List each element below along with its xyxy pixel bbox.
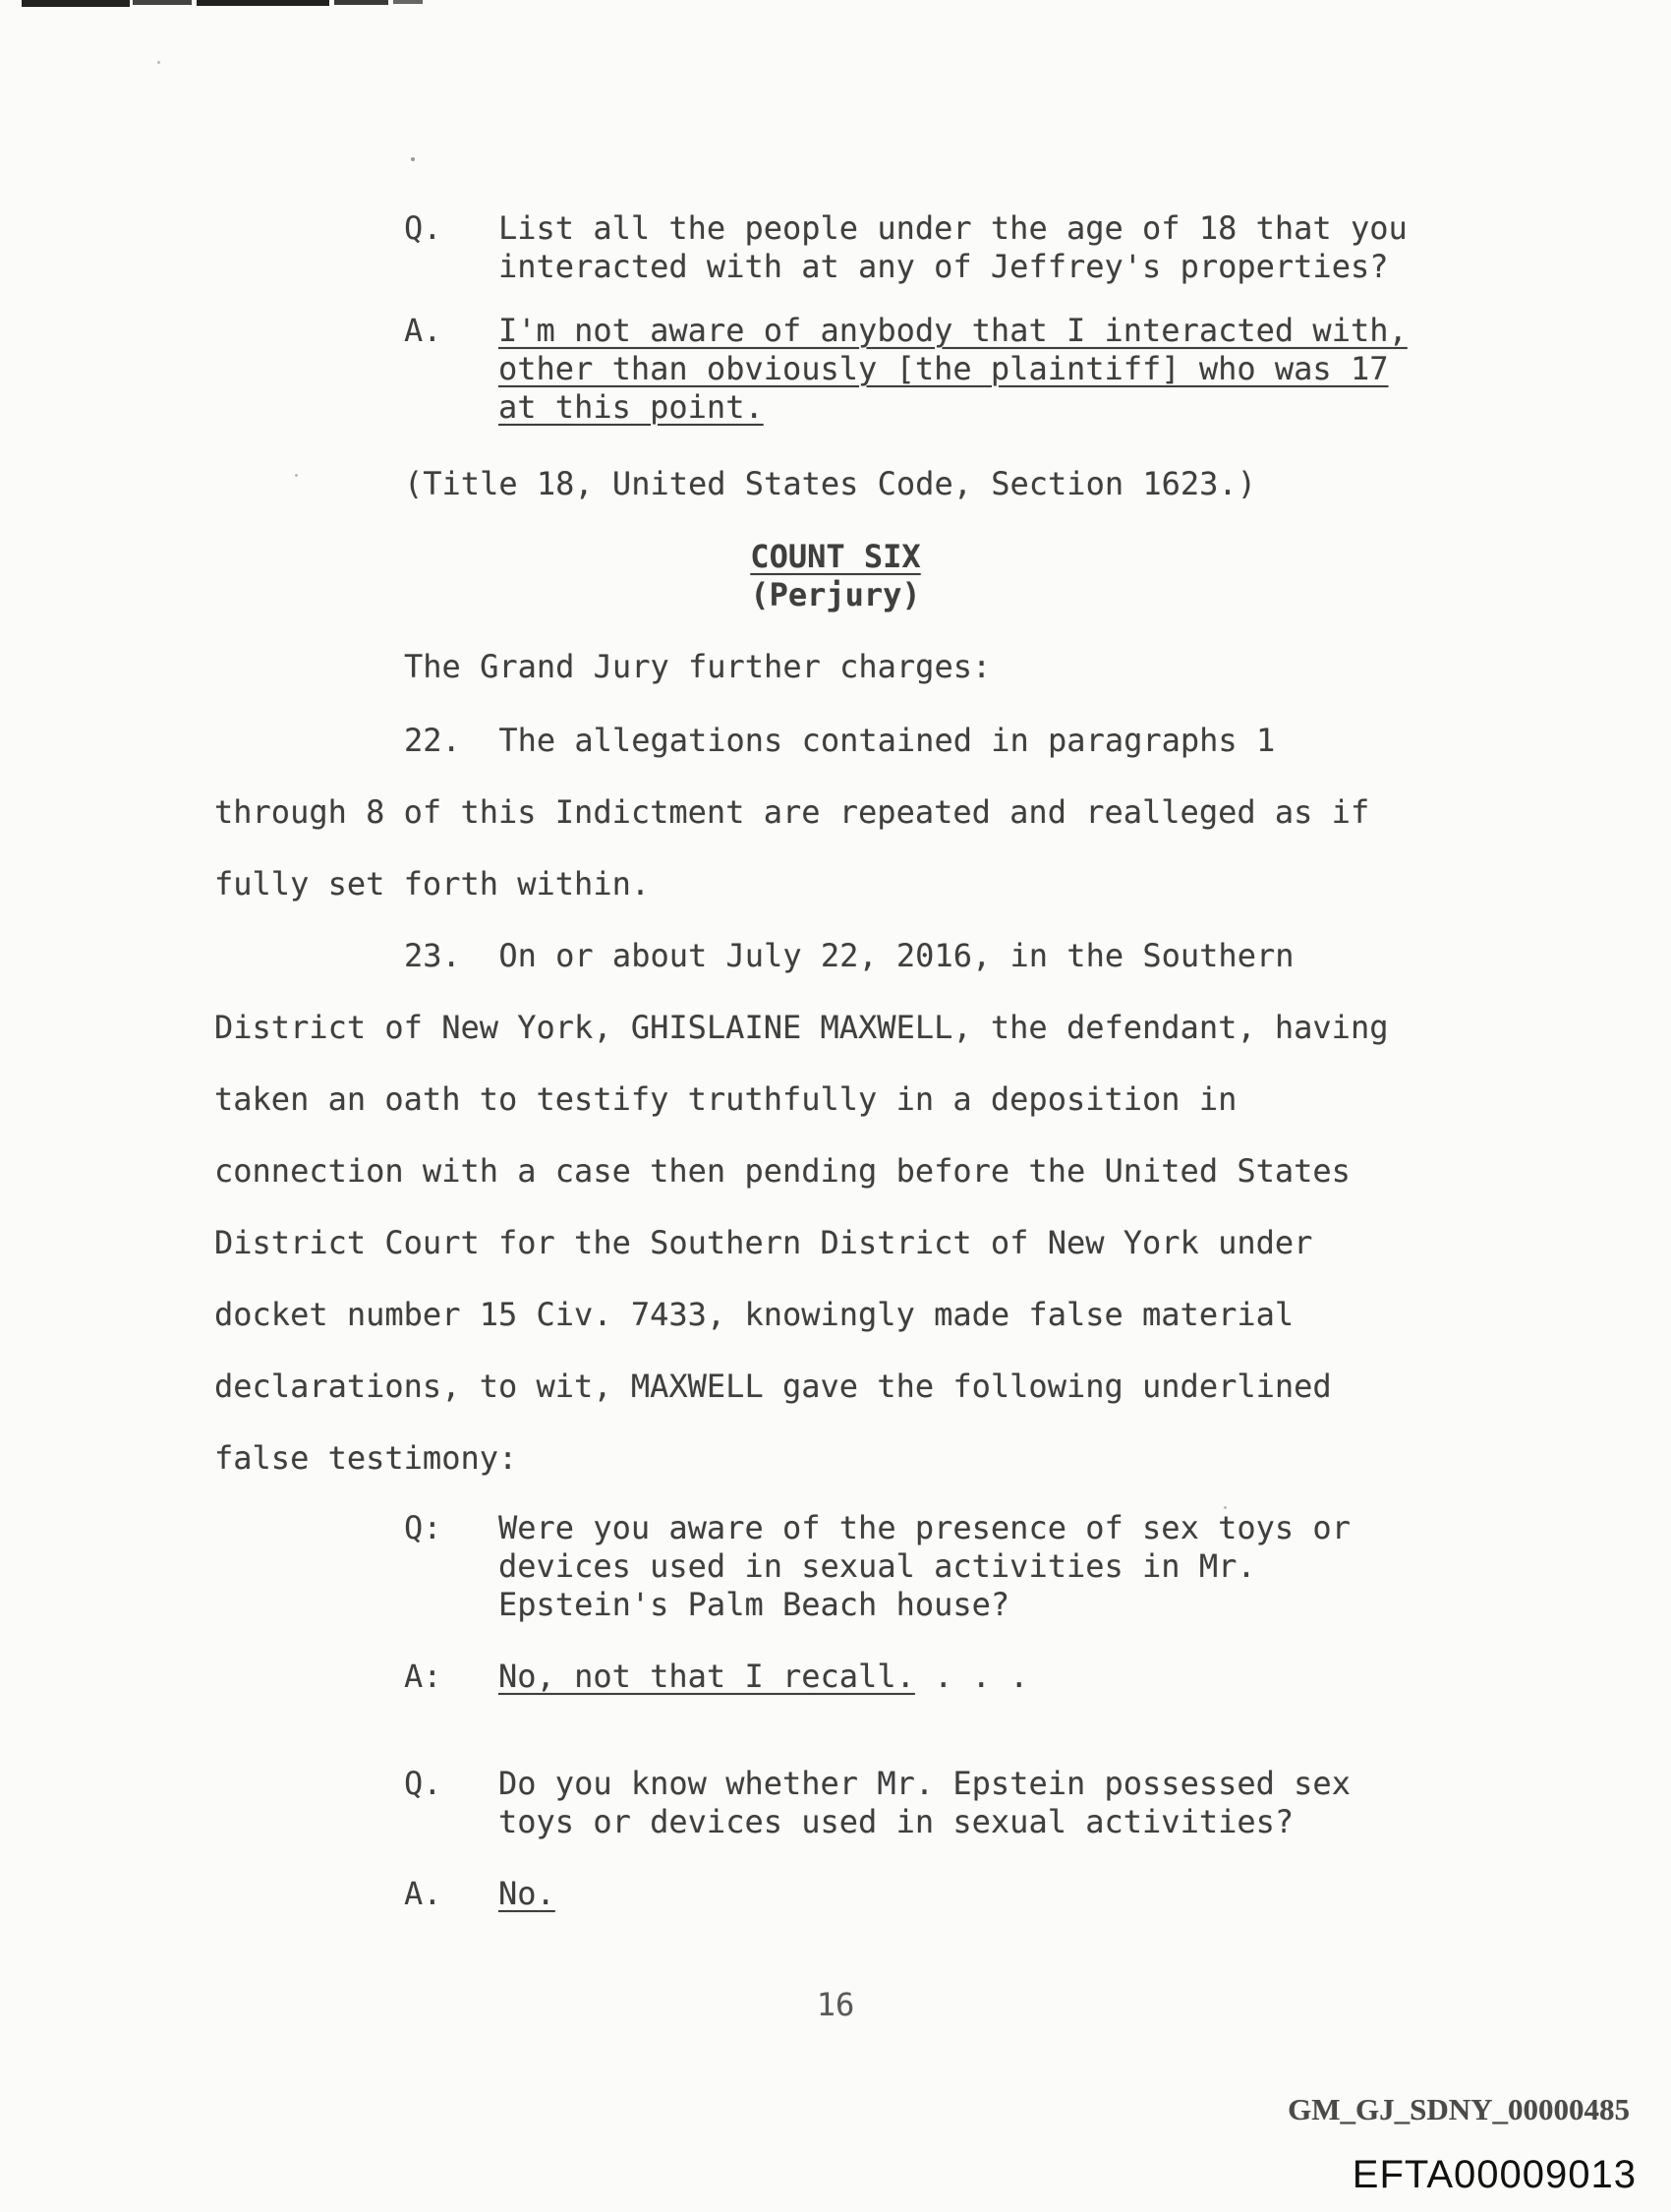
question-line: Epstein's Palm Beach house? [498,1586,1351,1624]
body-line: docket number 15 Civ. 7433, knowingly ma… [214,1279,1388,1351]
question-label: Q. [404,1765,442,1803]
question-line: toys or devices used in sexual activitie… [498,1803,1351,1841]
body-line: declarations, to wit, MAXWELL gave the f… [214,1351,1388,1423]
question-line: List all the people under the age of 18 … [498,209,1408,248]
qa-excerpt-1-question: Q. List all the people under the age of … [404,209,1408,286]
paragraph-22: 22. The allegations contained in paragra… [214,705,1369,920]
question-label: Q: [404,1509,442,1547]
answer-label: A: [404,1658,442,1696]
bates-stamp-primary: GM_GJ_SDNY_00000485 [1288,2092,1630,2127]
qa-excerpt-1-answer: A. I'm not aware of anybody that I inter… [404,312,1408,427]
qa-excerpt-3-question: Q. Do you know whether Mr. Epstein posse… [404,1765,1351,1841]
scan-artifact [22,0,130,7]
bates-stamp-secondary: EFTA00009013 [1353,2153,1637,2197]
count-heading: COUNT SIX (Perjury) [0,538,1671,614]
document-page: Q. List all the people under the age of … [0,0,1671,2212]
body-line: 23. On or about July 22, 2016, in the So… [214,920,1388,992]
scan-artifact [334,0,388,5]
charge-intro: The Grand Jury further charges: [404,648,991,686]
body-line: District of New York, GHISLAINE MAXWELL,… [214,992,1388,1064]
qa-excerpt-3-answer: A. No. [404,1875,555,1913]
scan-speck [411,157,415,161]
scan-speck [295,474,298,477]
answer-line: No. [498,1875,555,1913]
body-line: false testimony: [214,1423,1388,1494]
body-line: 22. The allegations contained in paragra… [214,705,1369,777]
question-line: Were you aware of the presence of sex to… [498,1509,1351,1547]
answer-line: I'm not aware of anybody that I interact… [498,312,1408,350]
answer-line: at this point. [498,388,1408,427]
scan-artifact [197,0,329,6]
body-line: taken an oath to testify truthfully in a… [214,1064,1388,1135]
question-label: Q. [404,209,442,248]
question-line: devices used in sexual activities in Mr. [498,1547,1351,1586]
answer-line: other than obviously [the plaintiff] who… [498,350,1408,388]
question-line: interacted with at any of Jeffrey's prop… [498,248,1408,286]
answer-label: A. [404,1875,442,1913]
answer-line: No, not that I recall. . . . [498,1658,1028,1696]
count-title: COUNT SIX [0,538,1671,576]
page-number: 16 [0,1986,1671,2023]
scan-speck [157,61,160,64]
body-line: fully set forth within. [214,848,1369,920]
qa-excerpt-2-answer: A: No, not that I recall. . . . [404,1658,1028,1696]
answer-label: A. [404,312,442,350]
statute-citation: (Title 18, United States Code, Section 1… [404,465,1256,503]
body-line: through 8 of this Indictment are repeate… [214,777,1369,848]
scan-artifact [393,0,423,4]
body-line: connection with a case then pending befo… [214,1135,1388,1207]
count-subtitle: (Perjury) [0,576,1671,614]
scan-artifact [133,0,192,5]
question-line: Do you know whether Mr. Epstein possesse… [498,1765,1351,1803]
paragraph-23: 23. On or about July 22, 2016, in the So… [214,920,1388,1494]
body-line: District Court for the Southern District… [214,1207,1388,1279]
qa-excerpt-2-question: Q: Were you aware of the presence of sex… [404,1509,1351,1624]
